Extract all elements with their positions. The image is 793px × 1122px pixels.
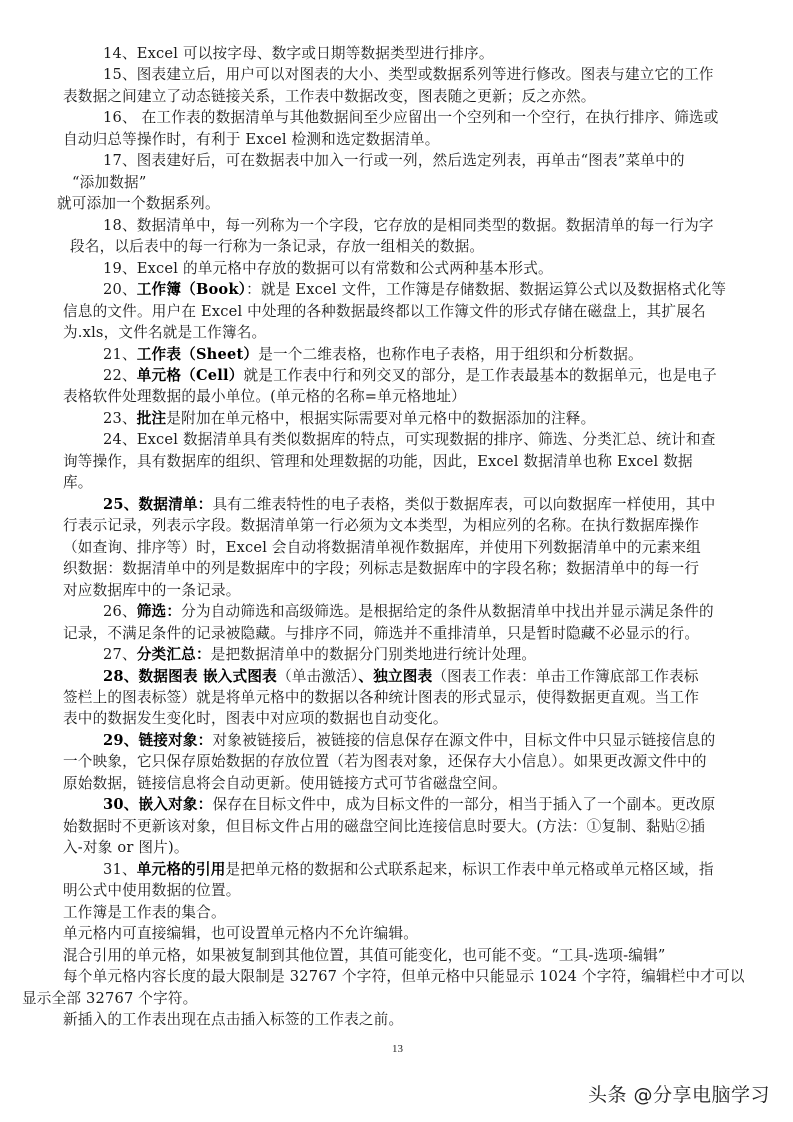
watermark-text: 头条 @分享电脑学习: [588, 1080, 770, 1107]
text-span: 是把数据清单中的数据分门别类地进行统计处理。: [211, 646, 536, 663]
text-span: （图表工作表：单击工作簿底部工作表标: [432, 668, 698, 685]
text-line: 织数据：数据清单中的列是数据库中的字段；列标志是数据库中的字段名称；数据清单中的…: [63, 559, 699, 579]
text-line: （如查询、排序等）时，Excel 会自动将数据清单视作数据库，并使用下列数据清单…: [63, 538, 701, 558]
bold-term: 筛选：: [137, 603, 181, 620]
text-line: 30、嵌入对象：保存在目标文件中，成为目标文件的一部分，相当于插入了一个副本。更…: [103, 795, 715, 815]
bold-term: 分类汇总：: [137, 646, 211, 663]
text-span: ：就是 Excel 文件，工作簿是存储数据、数据运算公式以及数据格式化等: [246, 281, 726, 298]
text-span: 14、Excel 可以按字母、数字或日期等数据类型进行排序。: [103, 45, 494, 62]
text-line: 就可添加一个数据系列。: [57, 194, 220, 214]
text-span: 明公式中使用数据的位置。: [63, 882, 241, 899]
text-line: 24、Excel 数据清单具有类似数据库的特点，可实现数据的排序、筛选、分类汇总…: [103, 430, 716, 450]
text-span: 始数据时不更新该对象，但目标文件占用的磁盘空间比连接信息时要大。(方法：①复制、…: [63, 818, 705, 835]
text-span: 对应数据库中的一条记录。: [63, 582, 241, 599]
text-span: 表中的数据发生变化时，图表中对应项的数据也自动变化。: [63, 710, 448, 727]
text-span: 原始数据，链接信息将会自动更新。使用链接方式可节省磁盘空间。: [63, 775, 507, 792]
text-span: 保存在目标文件中，成为目标文件的一部分，相当于插入了一个副本。更改原: [212, 796, 715, 813]
page-number: 13: [392, 1043, 403, 1055]
text-line: 段名，以后表中的每一行称为一条记录，存放一组相关的数据。: [70, 237, 484, 257]
text-span: 27、: [103, 646, 137, 663]
text-line: 29、链接对象：对象被链接后，被链接的信息保存在源文件中，目标文件中只显示链接信…: [103, 731, 715, 751]
text-span: 表数据之间建立了动态链接关系，工作表中数据改变，图表随之更新；反之亦然。: [63, 88, 596, 105]
text-span: 19、Excel 的单元格中存放的数据可以有常数和公式两种基本形式。: [103, 260, 553, 277]
text-span: 18、数据清单中，每一列称为一个字段，它存放的是相同类型的数据。数据清单的每一行…: [103, 217, 714, 234]
text-line: 20、工作簿（Book）：就是 Excel 文件，工作簿是存储数据、数据运算公式…: [103, 280, 726, 300]
text-line: 工作簿是工作表的集合。: [63, 903, 226, 923]
document-page: 14、Excel 可以按字母、数字或日期等数据类型进行排序。15、图表建立后，用…: [0, 0, 793, 1122]
text-span: 是把单元格的数据和公式联系起来，标识工作表中单元格或单元格区域，指: [226, 861, 714, 878]
bold-term: 工作簿（Book）: [137, 281, 246, 298]
text-line: 记录，不满足条件的记录被隐藏。与排序不同，筛选并不重排清单，只是暂时隐藏不必显示…: [63, 624, 699, 644]
text-line: 原始数据，链接信息将会自动更新。使用链接方式可节省磁盘空间。: [63, 774, 507, 794]
note-line: 新插入的工作表出现在点击插入标签的工作表之前。: [63, 1010, 403, 1030]
note-line: 混合引用的单元格，如果被复制到其他位置，其值可能变化，也可能不变。“工具-选项-…: [63, 946, 666, 966]
text-line: 表中的数据发生变化时，图表中对应项的数据也自动变化。: [63, 709, 448, 729]
bold-term: 工作表（Sheet）: [137, 346, 258, 363]
text-span: 入-对象 or 图片)。: [63, 839, 189, 856]
text-span: 库。: [63, 474, 93, 491]
bold-term: 25、数据清单：: [103, 496, 212, 513]
text-span: 织数据：数据清单中的列是数据库中的字段；列标志是数据库中的字段名称；数据清单中的…: [63, 560, 699, 577]
text-line: 明公式中使用数据的位置。: [63, 881, 241, 901]
text-span: 签栏上的图表标签）就是将单元格中的数据以各种统计图表的形式显示，使得数据更直观。…: [63, 689, 699, 706]
text-span: 就可添加一个数据系列。: [57, 195, 220, 212]
text-line: 31、单元格的引用是把单元格的数据和公式联系起来，标识工作表中单元格或单元格区域…: [103, 860, 714, 880]
text-line: 17、图表建好后，可在数据表中加入一行或一列，然后选定列表，再单击“图表”菜单中…: [103, 151, 685, 171]
text-line: 15、图表建立后，用户可以对图表的大小、类型或数据系列等进行修改。图表与建立它的…: [103, 65, 714, 85]
bold-term: 30、嵌入对象：: [103, 796, 212, 813]
bold-term: 28、数据图表 嵌入式图表: [103, 668, 277, 685]
bold-term: 29、链接对象：: [103, 732, 212, 749]
text-span: 为.xls，文件名就是工作簿名。: [63, 324, 266, 341]
text-span: 21、: [103, 346, 137, 363]
text-span: 20、: [103, 281, 137, 298]
text-span: “添加数据”: [72, 174, 147, 191]
text-line: 25、数据清单：具有二维表特性的电子表格，类似于数据库表，可以向数据库一样使用，…: [103, 495, 715, 515]
text-line: 14、Excel 可以按字母、数字或日期等数据类型进行排序。: [103, 44, 494, 64]
text-span: 分为自动筛选和高级筛选。是根据给定的条件从数据清单中找出并显示满足条件的: [181, 603, 714, 620]
text-span: 一个映象，它只保存原始数据的存放位置（若为图表对象，还保存大小信息）。如果更改源…: [63, 753, 707, 770]
text-line: 28、数据图表 嵌入式图表（单击激活）、独立图表（图表工作表：单击工作簿底部工作…: [103, 667, 699, 687]
text-span: 是一个二维表格，也称作电子表格，用于组织和分析数据。: [258, 346, 643, 363]
text-line: 19、Excel 的单元格中存放的数据可以有常数和公式两种基本形式。: [103, 259, 553, 279]
bold-term: 批注: [137, 410, 167, 427]
text-line: 23、批注是附加在单元格中，根据实际需要对单元格中的数据添加的注释。: [103, 409, 595, 429]
text-span: 行表示记录，列表示字段。数据清单第一行必须为文本类型，为相应列的名称。在执行数据…: [63, 517, 699, 534]
text-span: 段名，以后表中的每一行称为一条记录，存放一组相关的数据。: [70, 238, 484, 255]
text-line: 为.xls，文件名就是工作簿名。: [63, 323, 266, 343]
text-line: 始数据时不更新该对象，但目标文件占用的磁盘空间比连接信息时要大。(方法：①复制、…: [63, 817, 705, 837]
bold-term: 、独立图表: [358, 668, 432, 685]
text-line: 一个映象，它只保存原始数据的存放位置（若为图表对象，还保存大小信息）。如果更改源…: [63, 752, 707, 772]
text-span: 自动归总等操作时，有利于 Excel 检测和选定数据清单。: [63, 131, 440, 148]
text-span: 23、: [103, 410, 137, 427]
text-line: 入-对象 or 图片)。: [63, 838, 189, 858]
text-span: 26、: [103, 603, 137, 620]
text-line: 对应数据库中的一条记录。: [63, 581, 241, 601]
text-line: 行表示记录，列表示字段。数据清单第一行必须为文本类型，为相应列的名称。在执行数据…: [63, 516, 699, 536]
text-line: 库。: [63, 473, 93, 493]
text-span: 是附加在单元格中，根据实际需要对单元格中的数据添加的注释。: [166, 410, 595, 427]
text-span: 对象被链接后，被链接的信息保存在源文件中，目标文件中只显示链接信息的: [212, 732, 715, 749]
text-line: 表数据之间建立了动态链接关系，工作表中数据改变，图表随之更新；反之亦然。: [63, 87, 596, 107]
text-span: 31、: [103, 861, 137, 878]
text-span: 询等操作，具有数据库的组织、管理和处理数据的功能，因此，Excel 数据清单也称…: [63, 453, 693, 470]
text-span: （如查询、排序等）时，Excel 会自动将数据清单视作数据库，并使用下列数据清单…: [63, 539, 701, 556]
text-span: 具有二维表特性的电子表格，类似于数据库表，可以向数据库一样使用，其中: [212, 496, 715, 513]
text-line: 自动归总等操作时，有利于 Excel 检测和选定数据清单。: [63, 130, 440, 150]
note-line: 单元格内可直接编辑，也可设置单元格内不允许编辑。: [63, 924, 418, 944]
text-span: 17、图表建好后，可在数据表中加入一行或一列，然后选定列表，再单击“图表”菜单中…: [103, 152, 685, 169]
text-span: 工作簿是工作表的集合。: [63, 904, 226, 921]
text-span: 22、: [103, 367, 137, 384]
note-line: 显示全部 32767 个字符。: [22, 989, 197, 1009]
text-line: 询等操作，具有数据库的组织、管理和处理数据的功能，因此，Excel 数据清单也称…: [63, 452, 693, 472]
text-span: 信息的文件。用户在 Excel 中处理的各种数据最终都以工作簿文件的形式存储在磁…: [63, 303, 706, 320]
text-line: 签栏上的图表标签）就是将单元格中的数据以各种统计图表的形式显示，使得数据更直观。…: [63, 688, 699, 708]
text-line: 信息的文件。用户在 Excel 中处理的各种数据最终都以工作簿文件的形式存储在磁…: [63, 302, 706, 322]
text-line: 21、工作表（Sheet）是一个二维表格，也称作电子表格，用于组织和分析数据。: [103, 345, 643, 365]
text-line: 表格软件处理数据的最小单位。(单元格的名称=单元格地址）: [63, 387, 466, 407]
text-line: 16、 在工作表的数据清单与其他数据间至少应留出一个空列和一个空行，在执行排序、…: [103, 108, 719, 128]
text-line: 22、单元格（Cell）就是工作表中行和列交叉的部分，是工作表最基本的数据单元，…: [103, 366, 717, 386]
text-line: “添加数据”: [72, 173, 147, 193]
text-line: 26、筛选：分为自动筛选和高级筛选。是根据给定的条件从数据清单中找出并显示满足条…: [103, 602, 714, 622]
text-span: 16、 在工作表的数据清单与其他数据间至少应留出一个空列和一个空行，在执行排序、…: [103, 109, 719, 126]
text-span: 表格软件处理数据的最小单位。(单元格的名称=单元格地址）: [63, 388, 466, 405]
text-span: 记录，不满足条件的记录被隐藏。与排序不同，筛选并不重排清单，只是暂时隐藏不必显示…: [63, 625, 699, 642]
text-line: 18、数据清单中，每一列称为一个字段，它存放的是相同类型的数据。数据清单的每一行…: [103, 216, 714, 236]
text-span: 15、图表建立后，用户可以对图表的大小、类型或数据系列等进行修改。图表与建立它的…: [103, 66, 714, 83]
text-span: 就是工作表中行和列交叉的部分，是工作表最基本的数据单元，也是电子: [244, 367, 717, 384]
bold-term: 单元格（Cell）: [137, 367, 244, 384]
text-span: 24、Excel 数据清单具有类似数据库的特点，可实现数据的排序、筛选、分类汇总…: [103, 431, 716, 448]
text-span: （单击激活）: [277, 668, 358, 685]
text-line: 27、分类汇总：是把数据清单中的数据分门别类地进行统计处理。: [103, 645, 536, 665]
bold-term: 单元格的引用: [137, 861, 226, 878]
note-line: 每个单元格内容长度的最大限制是 32767 个字符，但单元格中只能显示 1024…: [63, 967, 745, 987]
